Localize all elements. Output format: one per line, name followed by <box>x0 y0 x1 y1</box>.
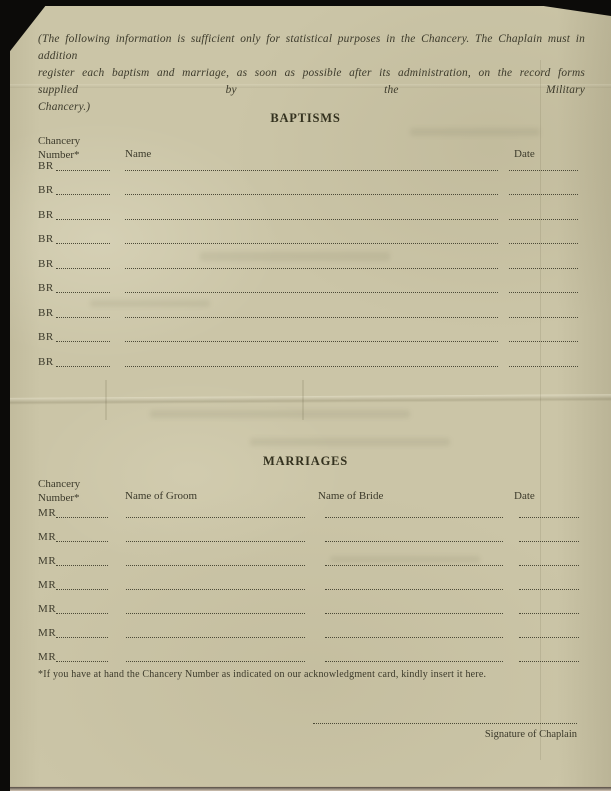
date-line <box>519 659 579 662</box>
marriage-row: MR <box>38 566 579 590</box>
baptism-row-prefix: BR <box>38 210 56 221</box>
baptism-row-prefix: BR <box>38 283 56 294</box>
baptism-row-prefix: BR <box>38 234 56 245</box>
baptism-row: BR <box>38 269 578 294</box>
baptisms-rows: BR BR BR BR BR BR BR BR BR <box>38 146 578 367</box>
chancery-header-line1: Chancery <box>38 478 80 492</box>
baptism-row-prefix: BR <box>38 161 56 172</box>
scan-edge-bottom <box>10 786 611 791</box>
baptism-row-prefix: BR <box>38 332 56 343</box>
marriages-rows: MR MR MR MR MR MR MR <box>38 494 579 662</box>
marriage-row-prefix: MR <box>38 580 56 591</box>
marriage-row-prefix: MR <box>38 628 56 639</box>
marriage-row-prefix: MR <box>38 532 56 543</box>
baptism-row-prefix: BR <box>38 357 56 368</box>
marriage-row-prefix: MR <box>38 508 56 519</box>
chancery-number-line <box>56 659 108 662</box>
marriage-row-prefix: MR <box>38 604 56 615</box>
baptism-row: BR <box>38 220 578 245</box>
baptism-row-prefix: BR <box>38 259 56 270</box>
show-through-smudge <box>410 128 540 136</box>
baptism-row: BR <box>38 146 578 171</box>
marriages-title: MARRIAGES <box>0 454 611 469</box>
baptism-row: BR <box>38 195 578 220</box>
name-line <box>125 364 498 367</box>
signature-line <box>313 707 577 724</box>
baptism-row: BR <box>38 342 578 367</box>
marriage-row: MR <box>38 638 579 662</box>
intro-line: (The following information is sufficient… <box>38 31 585 65</box>
paper-crease <box>105 380 107 420</box>
baptism-row-prefix: BR <box>38 308 56 319</box>
marriage-row-prefix: MR <box>38 556 56 567</box>
intro-line: register each baptism and marriage, as s… <box>38 65 585 99</box>
chancery-number-footnote: *If you have at hand the Chancery Number… <box>38 669 578 680</box>
marriage-row: MR <box>38 590 579 614</box>
baptism-row-prefix: BR <box>38 185 56 196</box>
marriage-row: MR <box>38 614 579 638</box>
show-through-smudge <box>150 410 410 418</box>
date-line <box>509 364 578 367</box>
marriage-row: MR <box>38 518 579 542</box>
baptism-row: BR <box>38 244 578 269</box>
marriage-row-prefix: MR <box>38 652 56 663</box>
signature-label: Signature of Chaplain <box>325 729 577 740</box>
chancery-number-line <box>56 364 110 367</box>
show-through-smudge <box>250 438 450 446</box>
marriage-row: MR <box>38 542 579 566</box>
baptisms-title: BAPTISMS <box>0 111 611 126</box>
bride-name-line <box>325 659 503 662</box>
marriage-row: MR <box>38 494 579 518</box>
baptism-row: BR <box>38 318 578 343</box>
baptism-row: BR <box>38 293 578 318</box>
baptism-row: BR <box>38 171 578 196</box>
intro-paragraph: (The following information is sufficient… <box>38 31 585 116</box>
groom-name-line <box>126 659 305 662</box>
scan-edge-top <box>0 0 611 6</box>
scanned-form-page: (The following information is sufficient… <box>0 0 611 791</box>
